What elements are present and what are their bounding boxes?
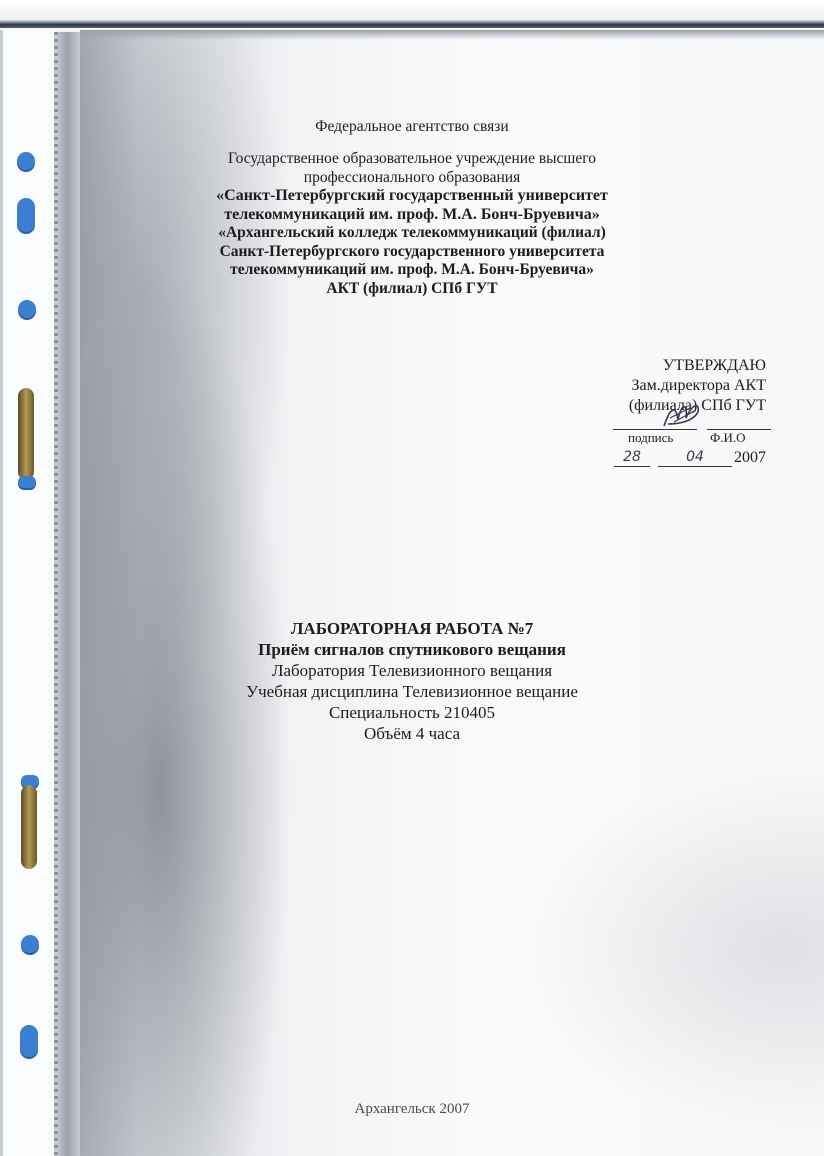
sheet-protector-top-edge bbox=[0, 0, 824, 28]
college-abbreviation: АКТ (филиал) СПб ГУТ bbox=[0, 280, 824, 299]
handwritten-signature bbox=[660, 398, 704, 430]
institution-line: Государственное образовательное учрежден… bbox=[0, 150, 824, 169]
date-day: 28 bbox=[614, 448, 650, 467]
institution-line: профессионального образования bbox=[0, 169, 824, 188]
binder-hole bbox=[18, 300, 36, 318]
work-volume: Объём 4 часа bbox=[0, 723, 824, 744]
approval-date: 28 04 2007 bbox=[612, 448, 772, 468]
university-line: телекоммуникаций им. проф. М.А. Бонч-Бру… bbox=[0, 206, 824, 225]
title-block: ЛАБОРАТОРНАЯ РАБОТА №7 Приём сигналов сп… bbox=[0, 618, 824, 744]
discipline-name: Учебная дисциплина Телевизионное вещание bbox=[0, 681, 824, 702]
institution-header: Государственное образовательное учрежден… bbox=[0, 150, 824, 298]
university-line: «Санкт-Петербургский государственный уни… bbox=[0, 187, 824, 206]
agency-name: Федеральное агентство связи bbox=[0, 118, 824, 137]
page-shadow bbox=[80, 30, 824, 40]
date-month: 04 bbox=[658, 448, 732, 467]
metal-clip bbox=[21, 785, 37, 869]
city-year-footer: Архангельск 2007 bbox=[0, 1101, 824, 1118]
name-label: Ф.И.О bbox=[710, 430, 746, 446]
work-title: ЛАБОРАТОРНАЯ РАБОТА №7 bbox=[0, 618, 824, 639]
date-year: 2007 bbox=[734, 448, 766, 468]
college-line: «Архангельский колледж телекоммуникаций … bbox=[0, 224, 824, 243]
work-topic: Приём сигналов спутникового вещания bbox=[0, 639, 824, 660]
laboratory-name: Лаборатория Телевизионного вещания bbox=[0, 660, 824, 681]
college-line: телекоммуникаций им. проф. М.А. Бонч-Бру… bbox=[0, 261, 824, 280]
binder-hole bbox=[21, 935, 39, 953]
agency-text: Федеральное агентство связи bbox=[0, 118, 824, 137]
city-year-text: Архангельск 2007 bbox=[355, 1101, 470, 1117]
college-line: Санкт-Петербургского государственного ун… bbox=[0, 243, 824, 262]
specialty-code: Специальность 210405 bbox=[0, 702, 824, 723]
binder-hole bbox=[20, 1025, 38, 1057]
signature-label: подпись bbox=[628, 430, 673, 446]
binder-hole bbox=[18, 476, 36, 488]
metal-clip bbox=[18, 388, 34, 480]
approval-title: УТВЕРЖДАЮ bbox=[629, 356, 766, 376]
approval-position: Зам.директора АКТ bbox=[629, 376, 766, 396]
